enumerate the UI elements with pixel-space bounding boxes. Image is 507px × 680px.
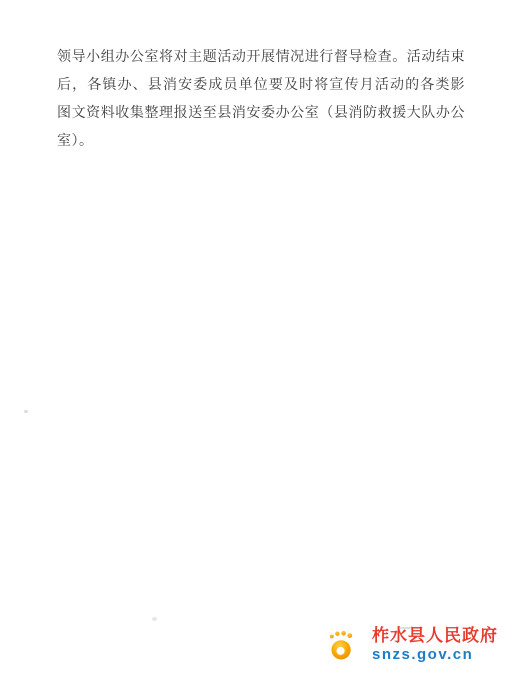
- paragraph: 领导小组办公室将对主题活动开展情况进行督导检查。活动结束 后，各镇办、县消安委成…: [57, 44, 465, 156]
- site-url: snzs.gov.cn: [372, 646, 498, 663]
- text-line: 后，各镇办、县消安委成员单位要及时将宣传月活动的各类影像、: [57, 72, 465, 100]
- gov-site-watermark: 柞水县人民政府 snzs.gov.cn: [328, 626, 498, 663]
- text-line: 图文资料收集整理报送至县消安委办公室（县消防救援大队办公: [57, 100, 465, 128]
- document-page: 领导小组办公室将对主题活动开展情况进行督导检查。活动结束 后，各镇办、县消安委成…: [0, 0, 507, 680]
- gov-site-text: 柞水县人民政府 snzs.gov.cn: [372, 626, 498, 663]
- footprint-logo-icon: [328, 630, 355, 660]
- text-line: 室）。: [57, 128, 465, 156]
- text-line: 领导小组办公室将对主题活动开展情况进行督导检查。活动结束: [57, 44, 465, 72]
- scan-artifact: [24, 410, 28, 413]
- site-name: 柞水县人民政府: [372, 626, 498, 645]
- scan-artifact: [152, 617, 157, 621]
